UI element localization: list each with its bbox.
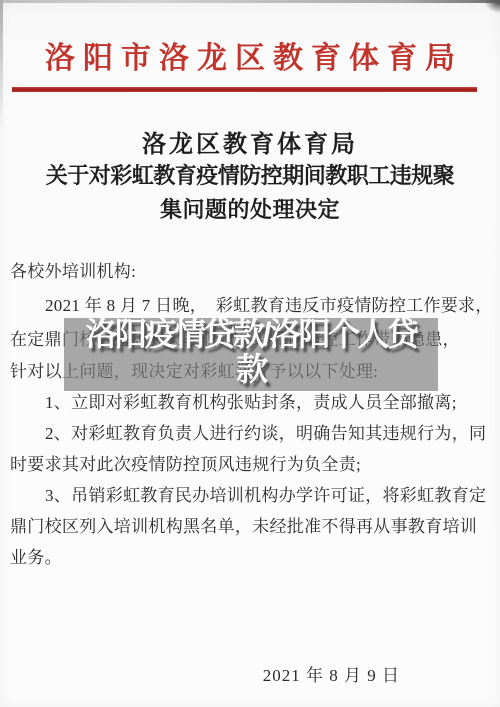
- salutation: 各校外培训机构:: [10, 261, 136, 283]
- doc-title-line-2: 关于对彩虹教育疫情防控期间教职工违规聚: [0, 159, 500, 190]
- body-line: 3、吊销彩虹教育民办培训机构办学许可证，将彩虹教育定: [45, 485, 486, 507]
- document-photo: 洛阳市洛龙区教育体育局 洛龙区教育体育局 关于对彩虹教育疫情防控期间教职工违规聚…: [0, 0, 500, 707]
- watermark-overlay: 洛阳疫情贷款/洛阳个人贷 款: [64, 318, 438, 391]
- red-divider-rule: [12, 87, 477, 92]
- issue-date: 2021 年 8 月 9 日: [263, 661, 400, 686]
- body-line: 鼎门校区列入培训机构黑名单，未经批准不得再从事教育培训: [10, 516, 477, 538]
- watermark-text-line-1: 洛阳疫情贷款/洛阳个人贷: [64, 317, 438, 352]
- doc-title-line-1: 洛龙区教育体育局: [0, 124, 500, 159]
- watermark-text-line-2: 款: [64, 352, 438, 387]
- photo-corner-shadow: [484, 0, 500, 13]
- doc-title-line-3: 集问题的处理决定: [0, 193, 500, 224]
- body-line: 2021 年 8 月 7 日晚， 彩虹教育违反市疫情防控工作要求，: [45, 295, 493, 317]
- body-line: 时要求其对此次疫情防控顶风违规行为负全责;: [10, 454, 361, 476]
- agency-header: 洛阳市洛龙区教育体育局: [0, 33, 500, 77]
- watermark-text: 洛阳疫情贷款/洛阳个人贷 款: [64, 317, 438, 387]
- body-line: 1、立即对彩虹教育机构张贴封条，责成人员全部撤离;: [45, 392, 457, 414]
- body-line: 业务。: [10, 547, 62, 569]
- photo-edge-top: [0, 0, 500, 3]
- body-line: 2、对彩虹教育负责人进行约谈，明确告知其违规行为，同: [45, 423, 486, 445]
